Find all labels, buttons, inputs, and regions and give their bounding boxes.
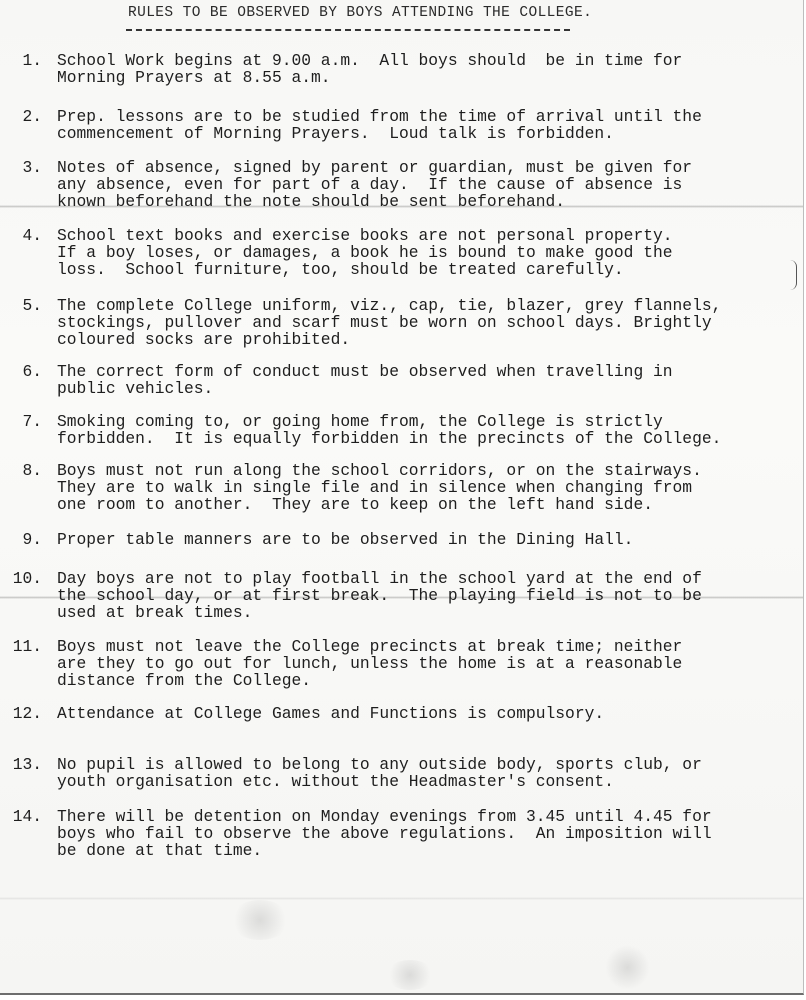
rule-text-line: any absence, even for part of a day. If … [57,176,692,193]
rule-text: Boys must not leave the College precinct… [57,638,682,689]
rule-item: 2.Prep. lessons are to be studied from t… [0,108,806,142]
rule-text: Smoking coming to, or going home from, t… [57,413,721,447]
rule-text-line: commencement of Morning Prayers. Loud ta… [57,125,702,142]
rule-item: 11.Boys must not leave the College preci… [0,638,806,689]
rule-text-line: The correct form of conduct must be obse… [57,363,673,380]
rule-text-line: There will be detention on Monday evenin… [57,808,712,825]
rule-text-line: School Work begins at 9.00 a.m. All boys… [57,52,682,69]
rule-item: 13.No pupil is allowed to belong to any … [0,756,806,790]
rule-number: 1. [0,52,42,69]
rule-item: 12.Attendance at College Games and Funct… [0,705,806,722]
rule-text-line: public vehicles. [57,380,673,397]
rule-text-line: are they to go out for lunch, unless the… [57,655,682,672]
paper-fold-line [0,897,803,900]
rule-text-line: Boys must not run along the school corri… [57,462,702,479]
rule-text: Day boys are not to play football in the… [57,570,702,621]
margin-bracket-mark [790,260,797,290]
rule-number: 10. [0,570,42,587]
rule-number: 8. [0,462,42,479]
rule-number: 7. [0,413,42,430]
rule-text-line: coloured socks are prohibited. [57,331,721,348]
rule-text-line: Notes of absence, signed by parent or gu… [57,159,692,176]
typed-paper-sheet: RULES TO BE OBSERVED BY BOYS ATTENDING T… [0,0,804,995]
rule-text: The complete College uniform, viz., cap,… [57,297,721,348]
rule-text-line: School text books and exercise books are… [57,227,673,244]
rule-text-line: Prep. lessons are to be studied from the… [57,108,702,125]
rule-text-line: Smoking coming to, or going home from, t… [57,413,721,430]
rule-text-line: Day boys are not to play football in the… [57,570,702,587]
rule-number: 5. [0,297,42,314]
rule-item: 10.Day boys are not to play football in … [0,570,806,621]
paper-smudge [605,945,650,990]
rule-text: Attendance at College Games and Function… [57,705,604,722]
document-title: RULES TO BE OBSERVED BY BOYS ATTENDING T… [128,5,592,21]
rule-text: Boys must not run along the school corri… [57,462,702,513]
rule-text-line: No pupil is allowed to belong to any out… [57,756,702,773]
rule-text-line: known beforehand the note should be sent… [57,193,692,210]
rule-text: School Work begins at 9.00 a.m. All boys… [57,52,682,86]
rule-number: 4. [0,227,42,244]
rule-item: 3.Notes of absence, signed by parent or … [0,159,806,210]
rule-text-line: Boys must not leave the College precinct… [57,638,682,655]
rule-item: 6.The correct form of conduct must be ob… [0,363,806,397]
rule-number: 2. [0,108,42,125]
rule-item: 1.School Work begins at 9.00 a.m. All bo… [0,52,806,86]
rule-text-line: used at break times. [57,604,702,621]
rule-number: 12. [0,705,42,722]
rule-text-line: They are to walk in single file and in s… [57,479,702,496]
rule-text: Proper table manners are to be observed … [57,531,633,548]
rule-number: 11. [0,638,42,655]
paper-smudge [230,900,290,940]
paper-smudge [385,960,435,990]
rule-text-line: boys who fail to observe the above regul… [57,825,712,842]
rule-number: 13. [0,756,42,773]
rule-text-line: The complete College uniform, viz., cap,… [57,297,721,314]
rule-number: 6. [0,363,42,380]
rule-text-line: the school day, or at first break. The p… [57,587,702,604]
rule-text-line: one room to another. They are to keep on… [57,496,702,513]
rule-number: 9. [0,531,42,548]
rule-number: 3. [0,159,42,176]
rule-text-line: be done at that time. [57,842,712,859]
rule-text-line: stockings, pullover and scarf must be wo… [57,314,721,331]
rule-item: 9.Proper table manners are to be observe… [0,531,806,548]
rule-item: 14.There will be detention on Monday eve… [0,808,806,859]
rule-item: 7.Smoking coming to, or going home from,… [0,413,806,447]
rule-item: 8.Boys must not run along the school cor… [0,462,806,513]
rule-text: The correct form of conduct must be obse… [57,363,673,397]
rule-text-line: distance from the College. [57,672,682,689]
rule-text-line: forbidden. It is equally forbidden in th… [57,430,721,447]
title-underline [126,29,570,31]
rule-text-line: If a boy loses, or damages, a book he is… [57,244,673,261]
rule-text: No pupil is allowed to belong to any out… [57,756,702,790]
rule-text: Notes of absence, signed by parent or gu… [57,159,692,210]
rule-text-line: youth organisation etc. without the Head… [57,773,702,790]
rule-text: School text books and exercise books are… [57,227,673,278]
rule-text: Prep. lessons are to be studied from the… [57,108,702,142]
rule-text-line: Attendance at College Games and Function… [57,705,604,722]
rule-item: 4.School text books and exercise books a… [0,227,806,278]
rule-item: 5.The complete College uniform, viz., ca… [0,297,806,348]
rule-text-line: Morning Prayers at 8.55 a.m. [57,69,682,86]
rule-text-line: loss. School furniture, too, should be t… [57,261,673,278]
rule-number: 14. [0,808,42,825]
rule-text-line: Proper table manners are to be observed … [57,531,633,548]
rule-text: There will be detention on Monday evenin… [57,808,712,859]
